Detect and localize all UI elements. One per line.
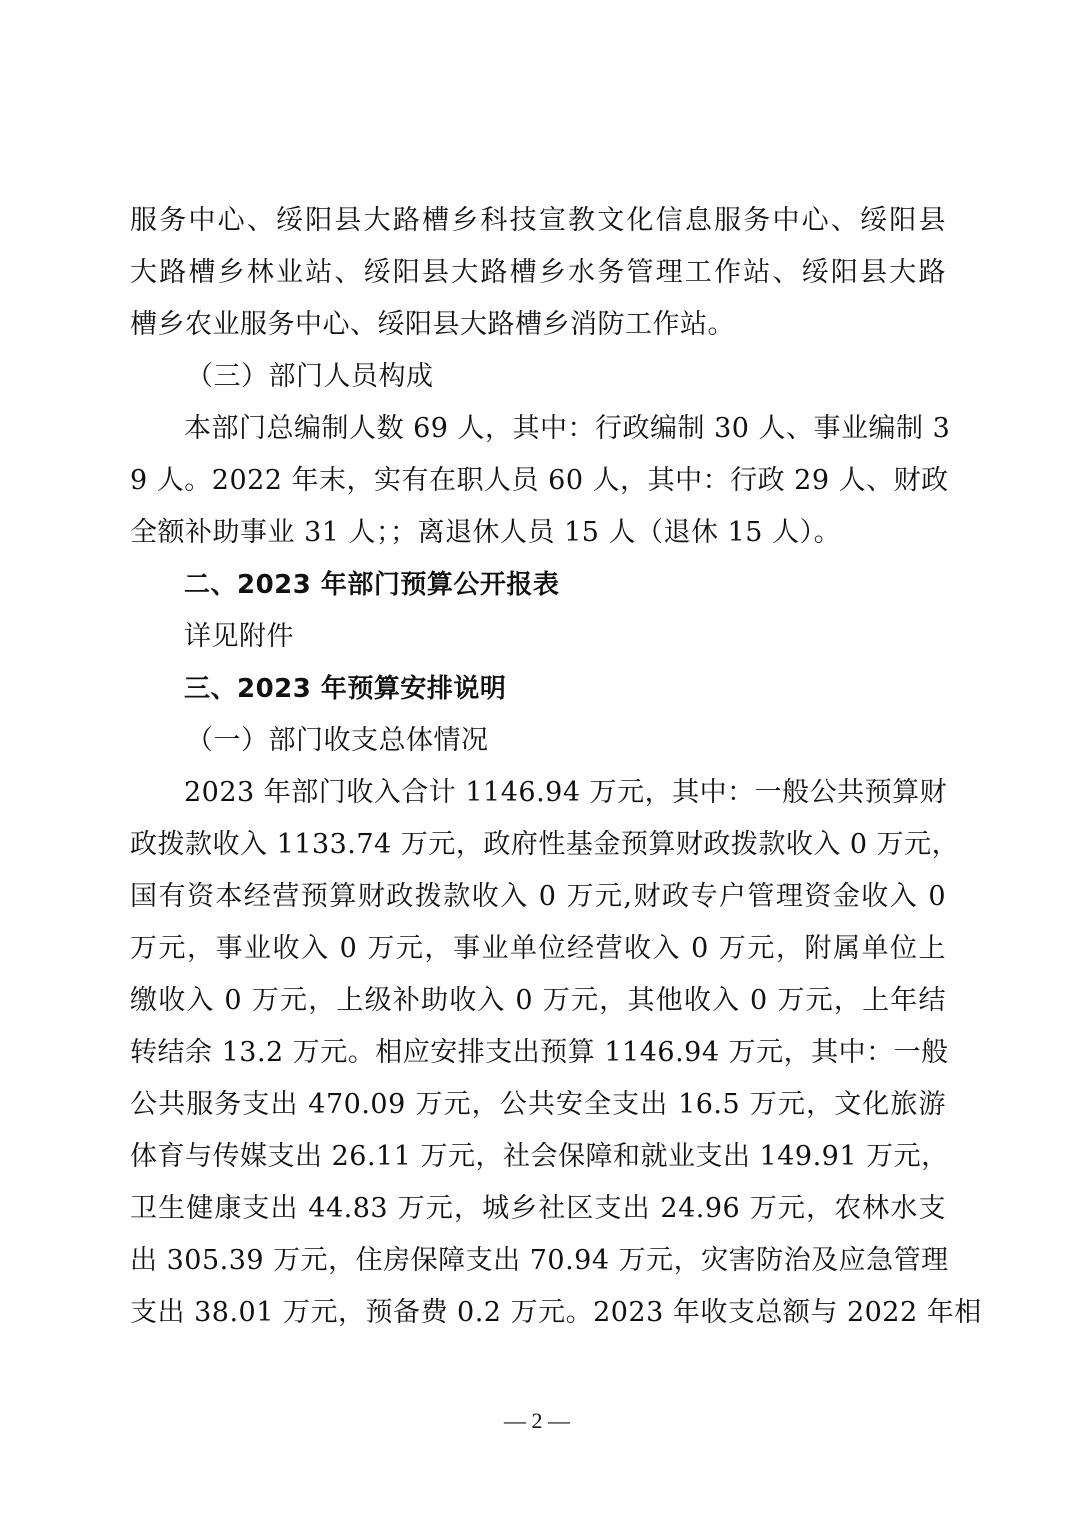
body-line: 国有资本经营预算财政拨款收入 0 万元,财政专户管理资金收入 0 [130,871,946,923]
body-line: 万元，事业收入 0 万元，事业单位经营收入 0 万元，附属单位上 [130,923,946,975]
body-line: 服务中心、绥阳县大路槽乡科技宣教文化信息服务中心、绥阳县 [130,195,946,247]
body-line: 出 305.39 万元，住房保障支出 70.94 万元，灾害防治及应急管理 [130,1235,946,1287]
section-heading-budget-tables: 二、2023 年部门预算公开报表 [130,559,946,611]
body-line: 体育与传媒支出 26.11 万元，社会保障和就业支出 149.91 万元， [130,1131,946,1183]
body-line: 槽乡农业服务中心、绥阳县大路槽乡消防工作站。 [130,299,946,351]
section-heading-budget-explanation: 三、2023 年预算安排说明 [130,663,946,715]
body-line: 支出 38.01 万元，预备费 0.2 万元。2023 年收支总额与 2022 … [130,1287,946,1339]
document-page: 服务中心、绥阳县大路槽乡科技宣教文化信息服务中心、绥阳县 大路槽乡林业站、绥阳县… [130,195,946,1339]
body-line: 9 人。2022 年末，实有在职人员 60 人，其中：行政 29 人、财政 [130,455,946,507]
section-subheading-staff: （三）部门人员构成 [130,351,946,403]
body-line: 转结余 13.2 万元。相应安排支出预算 1146.94 万元，其中：一般 [130,1027,946,1079]
section-subheading-overall: （一）部门收支总体情况 [130,715,946,767]
body-line: 公共服务支出 470.09 万元，公共安全支出 16.5 万元，文化旅游 [130,1079,946,1131]
page-number: — 2 — [0,1408,1074,1434]
body-line: 大路槽乡林业站、绥阳县大路槽乡水务管理工作站、绥阳县大路 [130,247,946,299]
body-line: 卫生健康支出 44.83 万元，城乡社区支出 24.96 万元，农林水支 [130,1183,946,1235]
body-line: 本部门总编制人数 69 人，其中：行政编制 30 人、事业编制 3 [130,403,946,455]
body-line: 2023 年部门收入合计 1146.94 万元，其中：一般公共预算财 [130,767,946,819]
body-line: 缴收入 0 万元，上级补助收入 0 万元，其他收入 0 万元，上年结 [130,975,946,1027]
body-line: 政拨款收入 1133.74 万元，政府性基金预算财政拨款收入 0 万元， [130,819,946,871]
body-line: 全额补助事业 31 人；；离退休人员 15 人（退休 15 人）。 [130,507,946,559]
see-attachment-text: 详见附件 [130,611,946,663]
